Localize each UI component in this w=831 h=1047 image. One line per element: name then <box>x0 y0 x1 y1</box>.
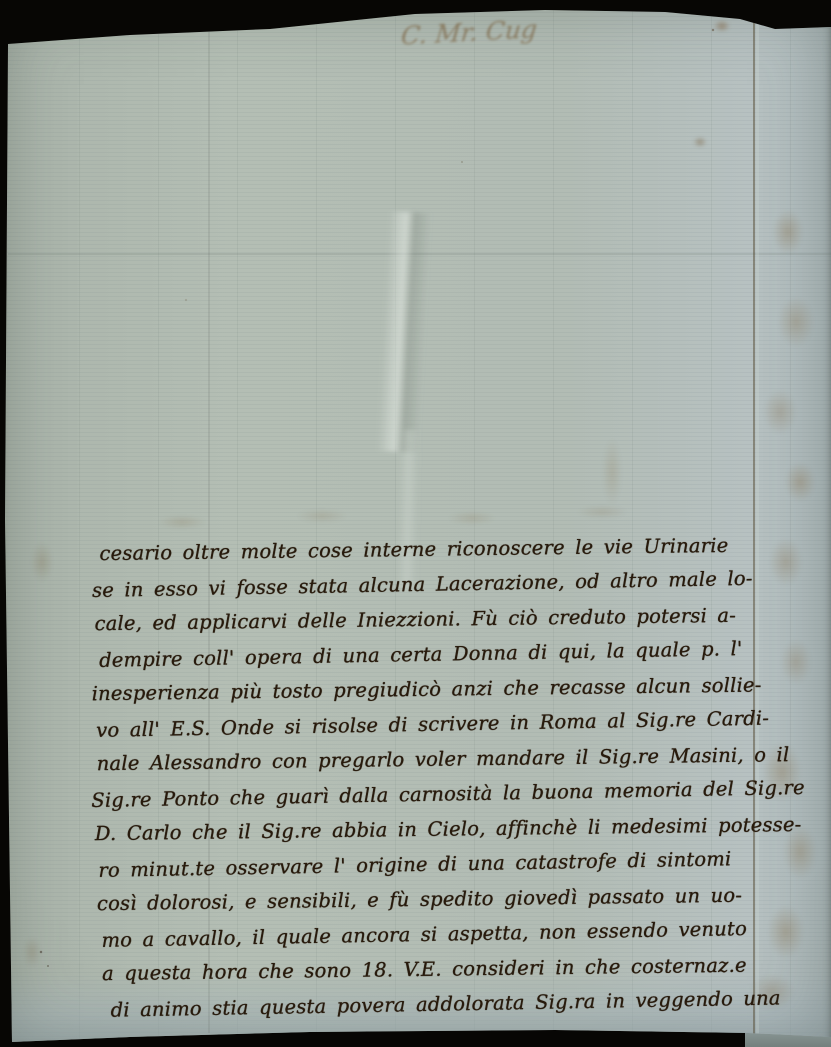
manuscript-text-block: cesario oltre molte cose interne riconos… <box>93 526 773 1026</box>
letter-paper: C. Mr. Cug cesario oltre molte cose inte… <box>0 0 831 1047</box>
manuscript-scan: C. Mr. Cug cesario oltre molte cose inte… <box>0 0 831 1047</box>
